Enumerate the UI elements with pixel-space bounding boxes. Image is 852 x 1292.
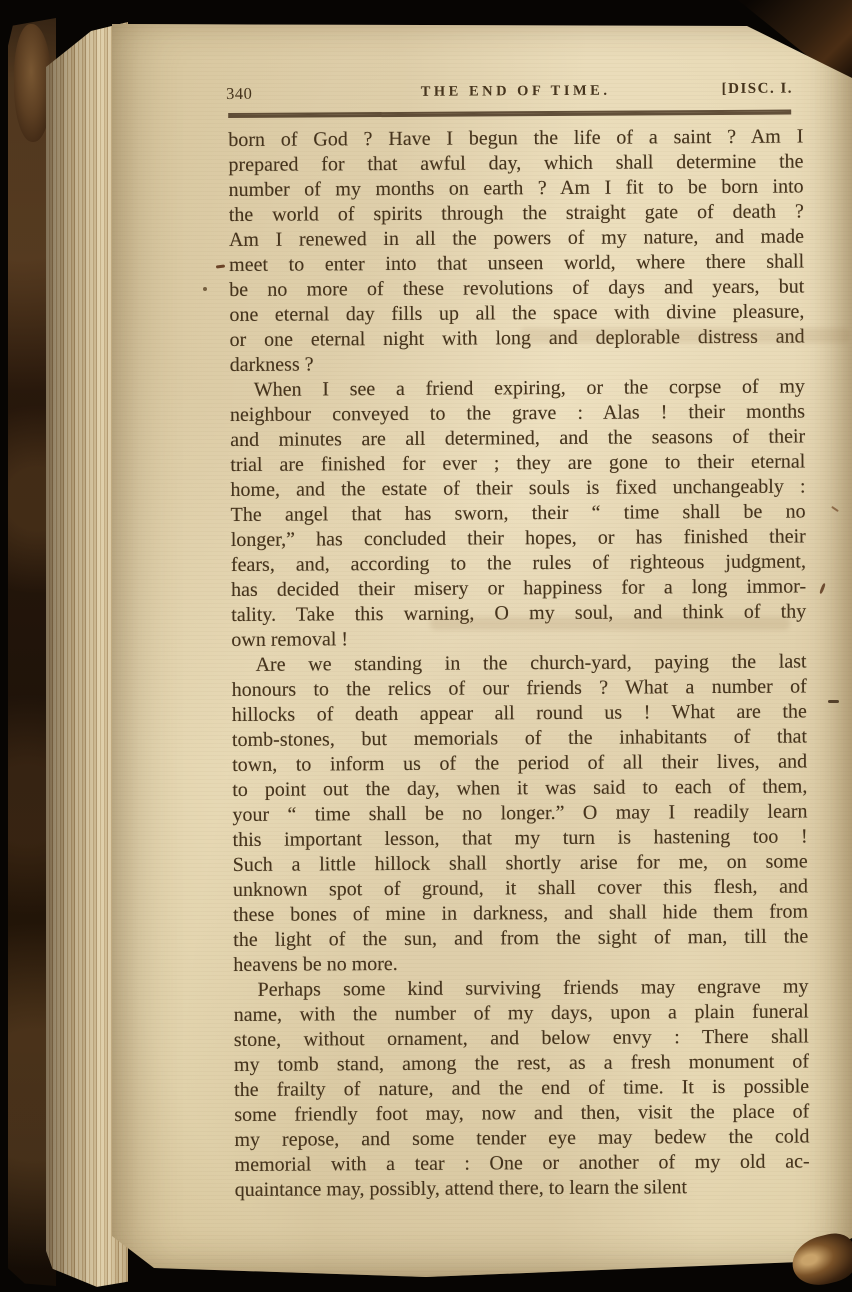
text-line: longer,” has concluded their hopes, or h… [231, 524, 806, 553]
page-header: 340 THE END OF TIME. [DISC. I. [228, 80, 803, 106]
text-line: Such a little hillock shall shortly aris… [233, 849, 808, 878]
text-line: these bones of mine in darkness, and sha… [233, 899, 808, 928]
section-label: [DISC. I. [722, 81, 794, 98]
text-line: unknown spot of ground, it shall cover t… [233, 874, 808, 903]
text-line: neighbour conveyed to the grave : Alas !… [230, 399, 805, 428]
text-line: When I see a friend expiring, or the cor… [230, 374, 805, 403]
text-line: one eternal day fills up all the space w… [229, 299, 804, 328]
text-line: has decided their misery or happiness fo… [231, 574, 806, 603]
printed-content: 340 THE END OF TIME. [DISC. I. born of G… [228, 80, 810, 1202]
text-line: hillocks of death appear all round us ! … [232, 699, 807, 728]
text-line: your “ time shall be no longer.” O may I… [232, 799, 807, 828]
text-line: town, to inform us of the period of all … [232, 749, 807, 778]
text-line: Perhaps some kind surviving friends may … [233, 974, 808, 1003]
text-line: my tomb stand, among the rest, as a fres… [234, 1049, 809, 1078]
text-line: Am I renewed in all the powers of my nat… [229, 224, 804, 253]
text-line: prepared for that awful day, which shall… [228, 149, 803, 178]
page-body: born of God ? Have I begun the life of a… [228, 124, 810, 1202]
text-line: born of God ? Have I begun the life of a… [228, 124, 803, 153]
text-line: and minutes are all determined, and the … [230, 424, 805, 453]
text-line: heavens be no more. [233, 949, 808, 978]
text-line: to point out the day, when it was said t… [232, 774, 807, 803]
text-line: home, and the estate of their souls is f… [230, 474, 805, 503]
text-line: fears, and, according to the rules of ri… [231, 549, 806, 578]
book-scan-photo: { "colors":{ "background":"#070503", "pa… [0, 0, 852, 1292]
showthrough-smudge [520, 328, 850, 343]
text-line: tomb-stones, but memorials of the inhabi… [232, 724, 807, 753]
margin-mark-dot-left [203, 287, 207, 291]
text-line: my repose, and some tender eye may bedew… [234, 1124, 809, 1153]
text-line: name, with the number of my days, upon a… [234, 999, 809, 1028]
text-line: this important lesson, that my turn is h… [233, 824, 808, 853]
text-line: darkness ? [230, 349, 805, 378]
text-line: the world of spirits through the straigh… [229, 199, 804, 228]
header-rule [228, 110, 791, 118]
text-line: trial are finished for ever ; they are g… [230, 449, 805, 478]
text-line: memorial with a tear : One or another of… [235, 1149, 810, 1178]
text-line: quaintance may, possibly, attend there, … [235, 1174, 810, 1203]
text-line: number of my months on earth ? Am I fit … [229, 174, 804, 203]
margin-mark-dash-right [828, 700, 839, 703]
text-line: honours to the relics of our friends ? W… [232, 674, 807, 703]
text-line: stone, without ornament, and below envy … [234, 1024, 809, 1053]
text-line: The angel that has sworn, their “ time s… [231, 499, 806, 528]
showthrough-smudge [430, 617, 790, 630]
text-line: be no more of these revolutions of days … [229, 274, 804, 303]
text-line: meet to enter into that unseen world, wh… [229, 249, 804, 278]
text-line: some friendly foot may, now and then, vi… [234, 1099, 809, 1128]
running-title: THE END OF TIME. [228, 81, 803, 102]
text-line: the light of the sun, and from the sight… [233, 924, 808, 953]
text-line: the frailty of nature, and the end of ti… [234, 1074, 809, 1103]
book-page: 340 THE END OF TIME. [DISC. I. born of G… [96, 0, 852, 1292]
text-line: Are we standing in the church-yard, payi… [231, 649, 806, 678]
